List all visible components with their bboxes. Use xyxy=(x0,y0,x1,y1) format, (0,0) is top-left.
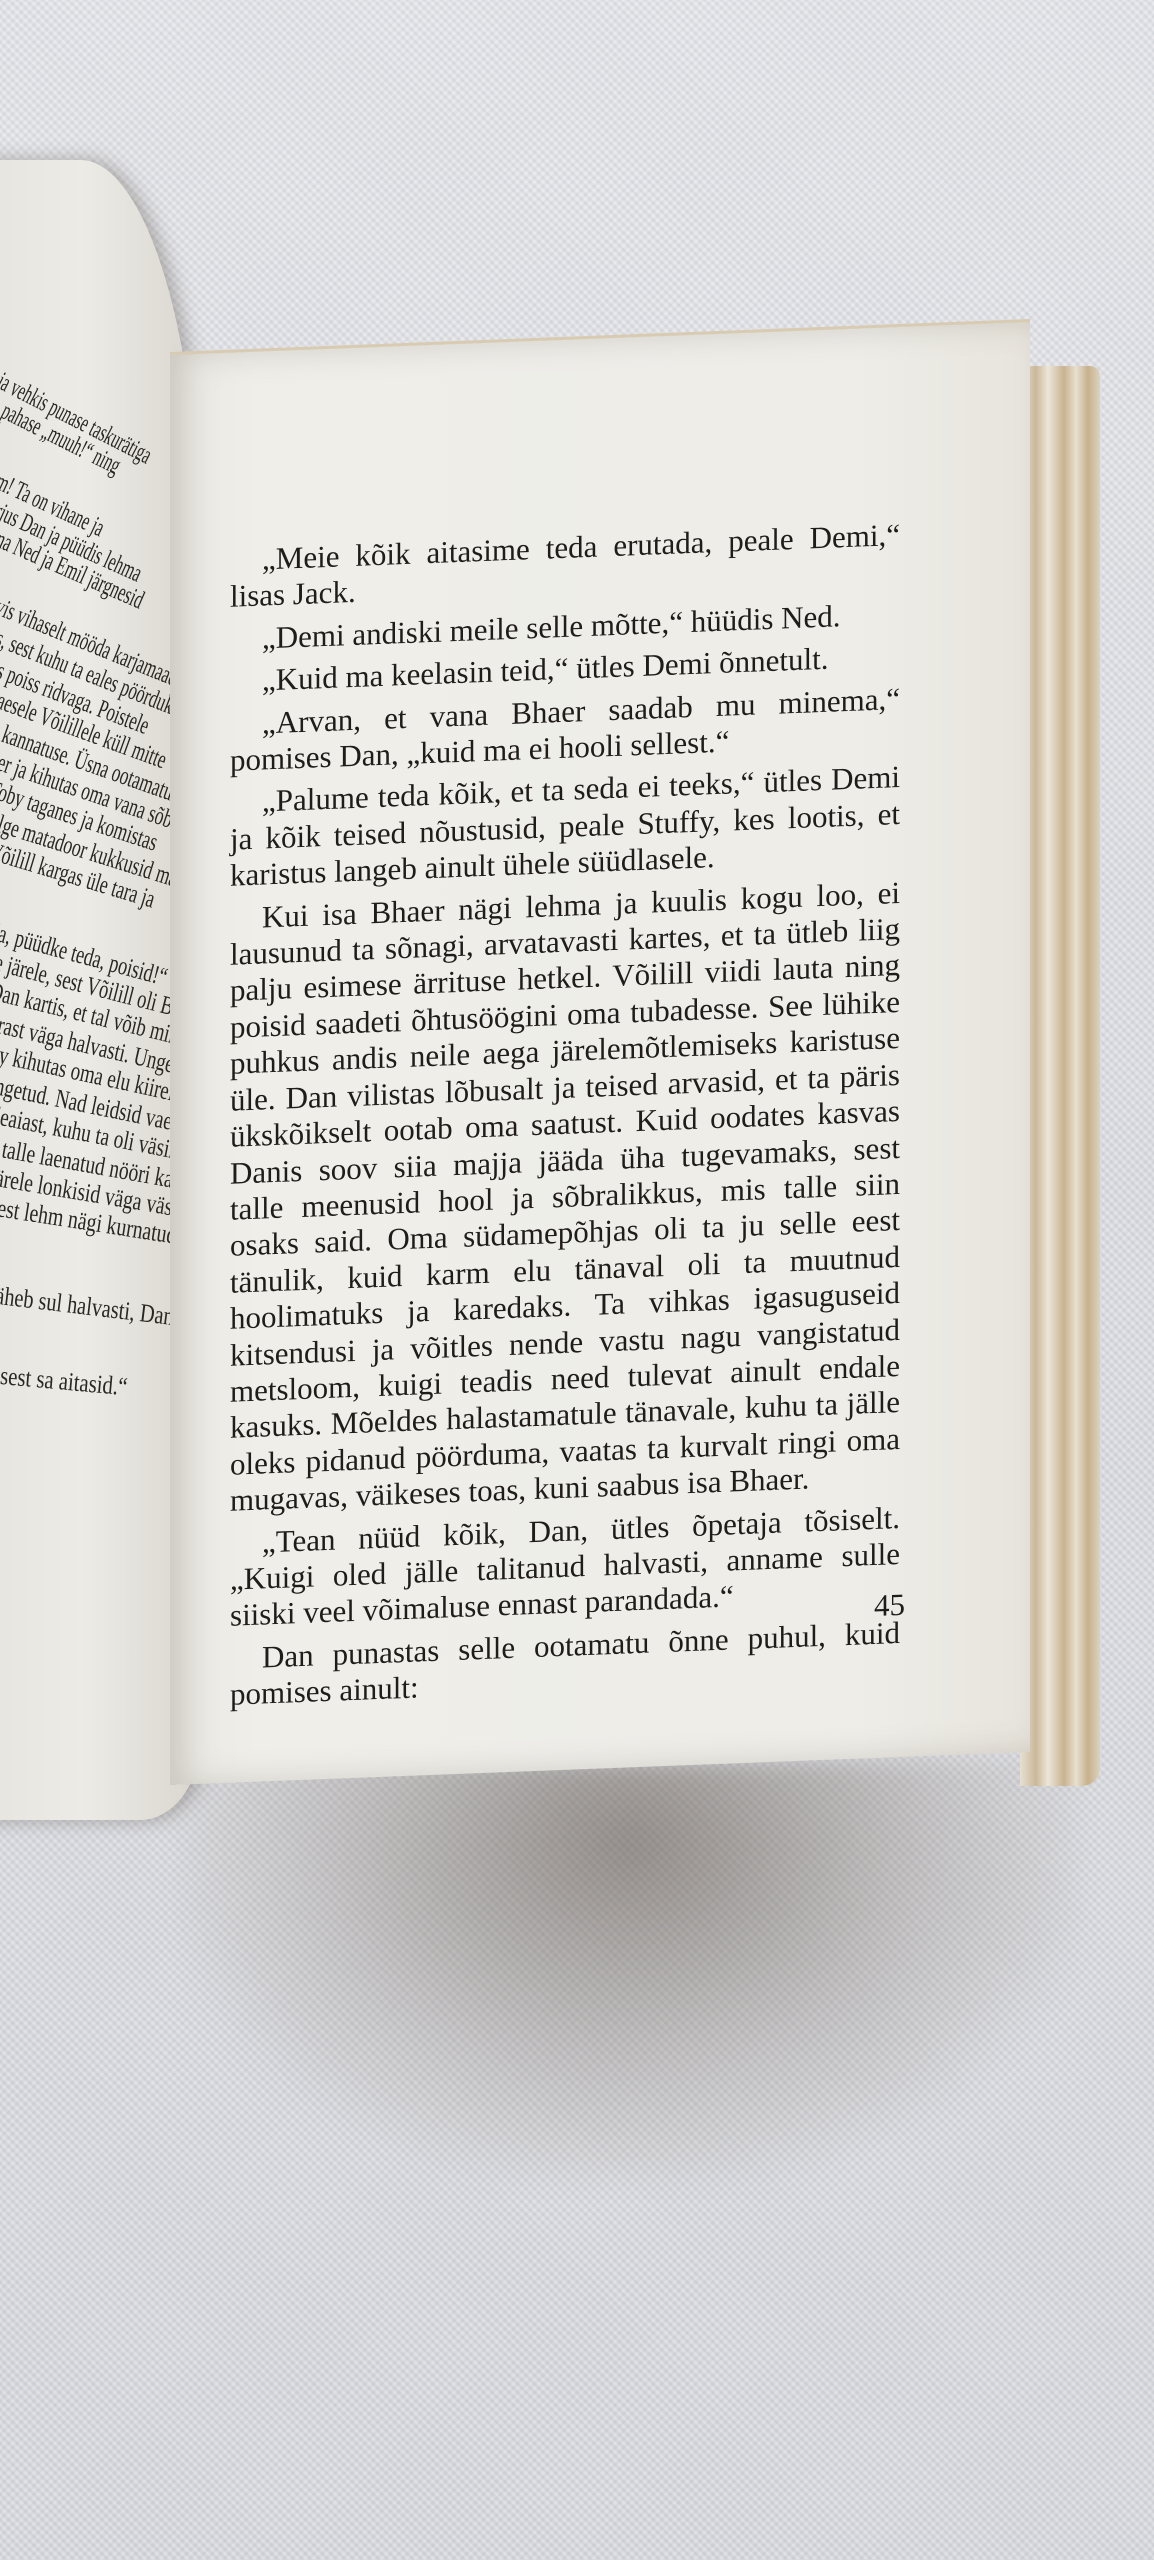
left-page-line: läheb sul halvasti, Dan“ xyxy=(0,1280,184,1333)
page-body-text: „Meie kõik aitasime teda erutada, peale … xyxy=(230,517,900,1719)
right-page: „Meie kõik aitasime teda erutada, peale … xyxy=(170,319,1030,1785)
book-shadow xyxy=(180,1760,1080,2180)
page-edges xyxy=(1020,366,1100,1786)
page-number: 45 xyxy=(874,1587,905,1624)
paragraph: „Tean nüüd kõik, Dan, ütles õpetaja tõsi… xyxy=(230,1500,900,1635)
open-book-right-side: „Meie kõik aitasime teda erutada, peale … xyxy=(170,352,1100,1812)
left-page-line: , sest sa aitasid.“ xyxy=(0,1360,129,1402)
paragraph: „Palume teda kõik, et ta seda ei teeks,“… xyxy=(230,759,900,894)
paragraph: Kui isa Bhaer nägi lehma ja kuulis kogu … xyxy=(230,875,900,1520)
